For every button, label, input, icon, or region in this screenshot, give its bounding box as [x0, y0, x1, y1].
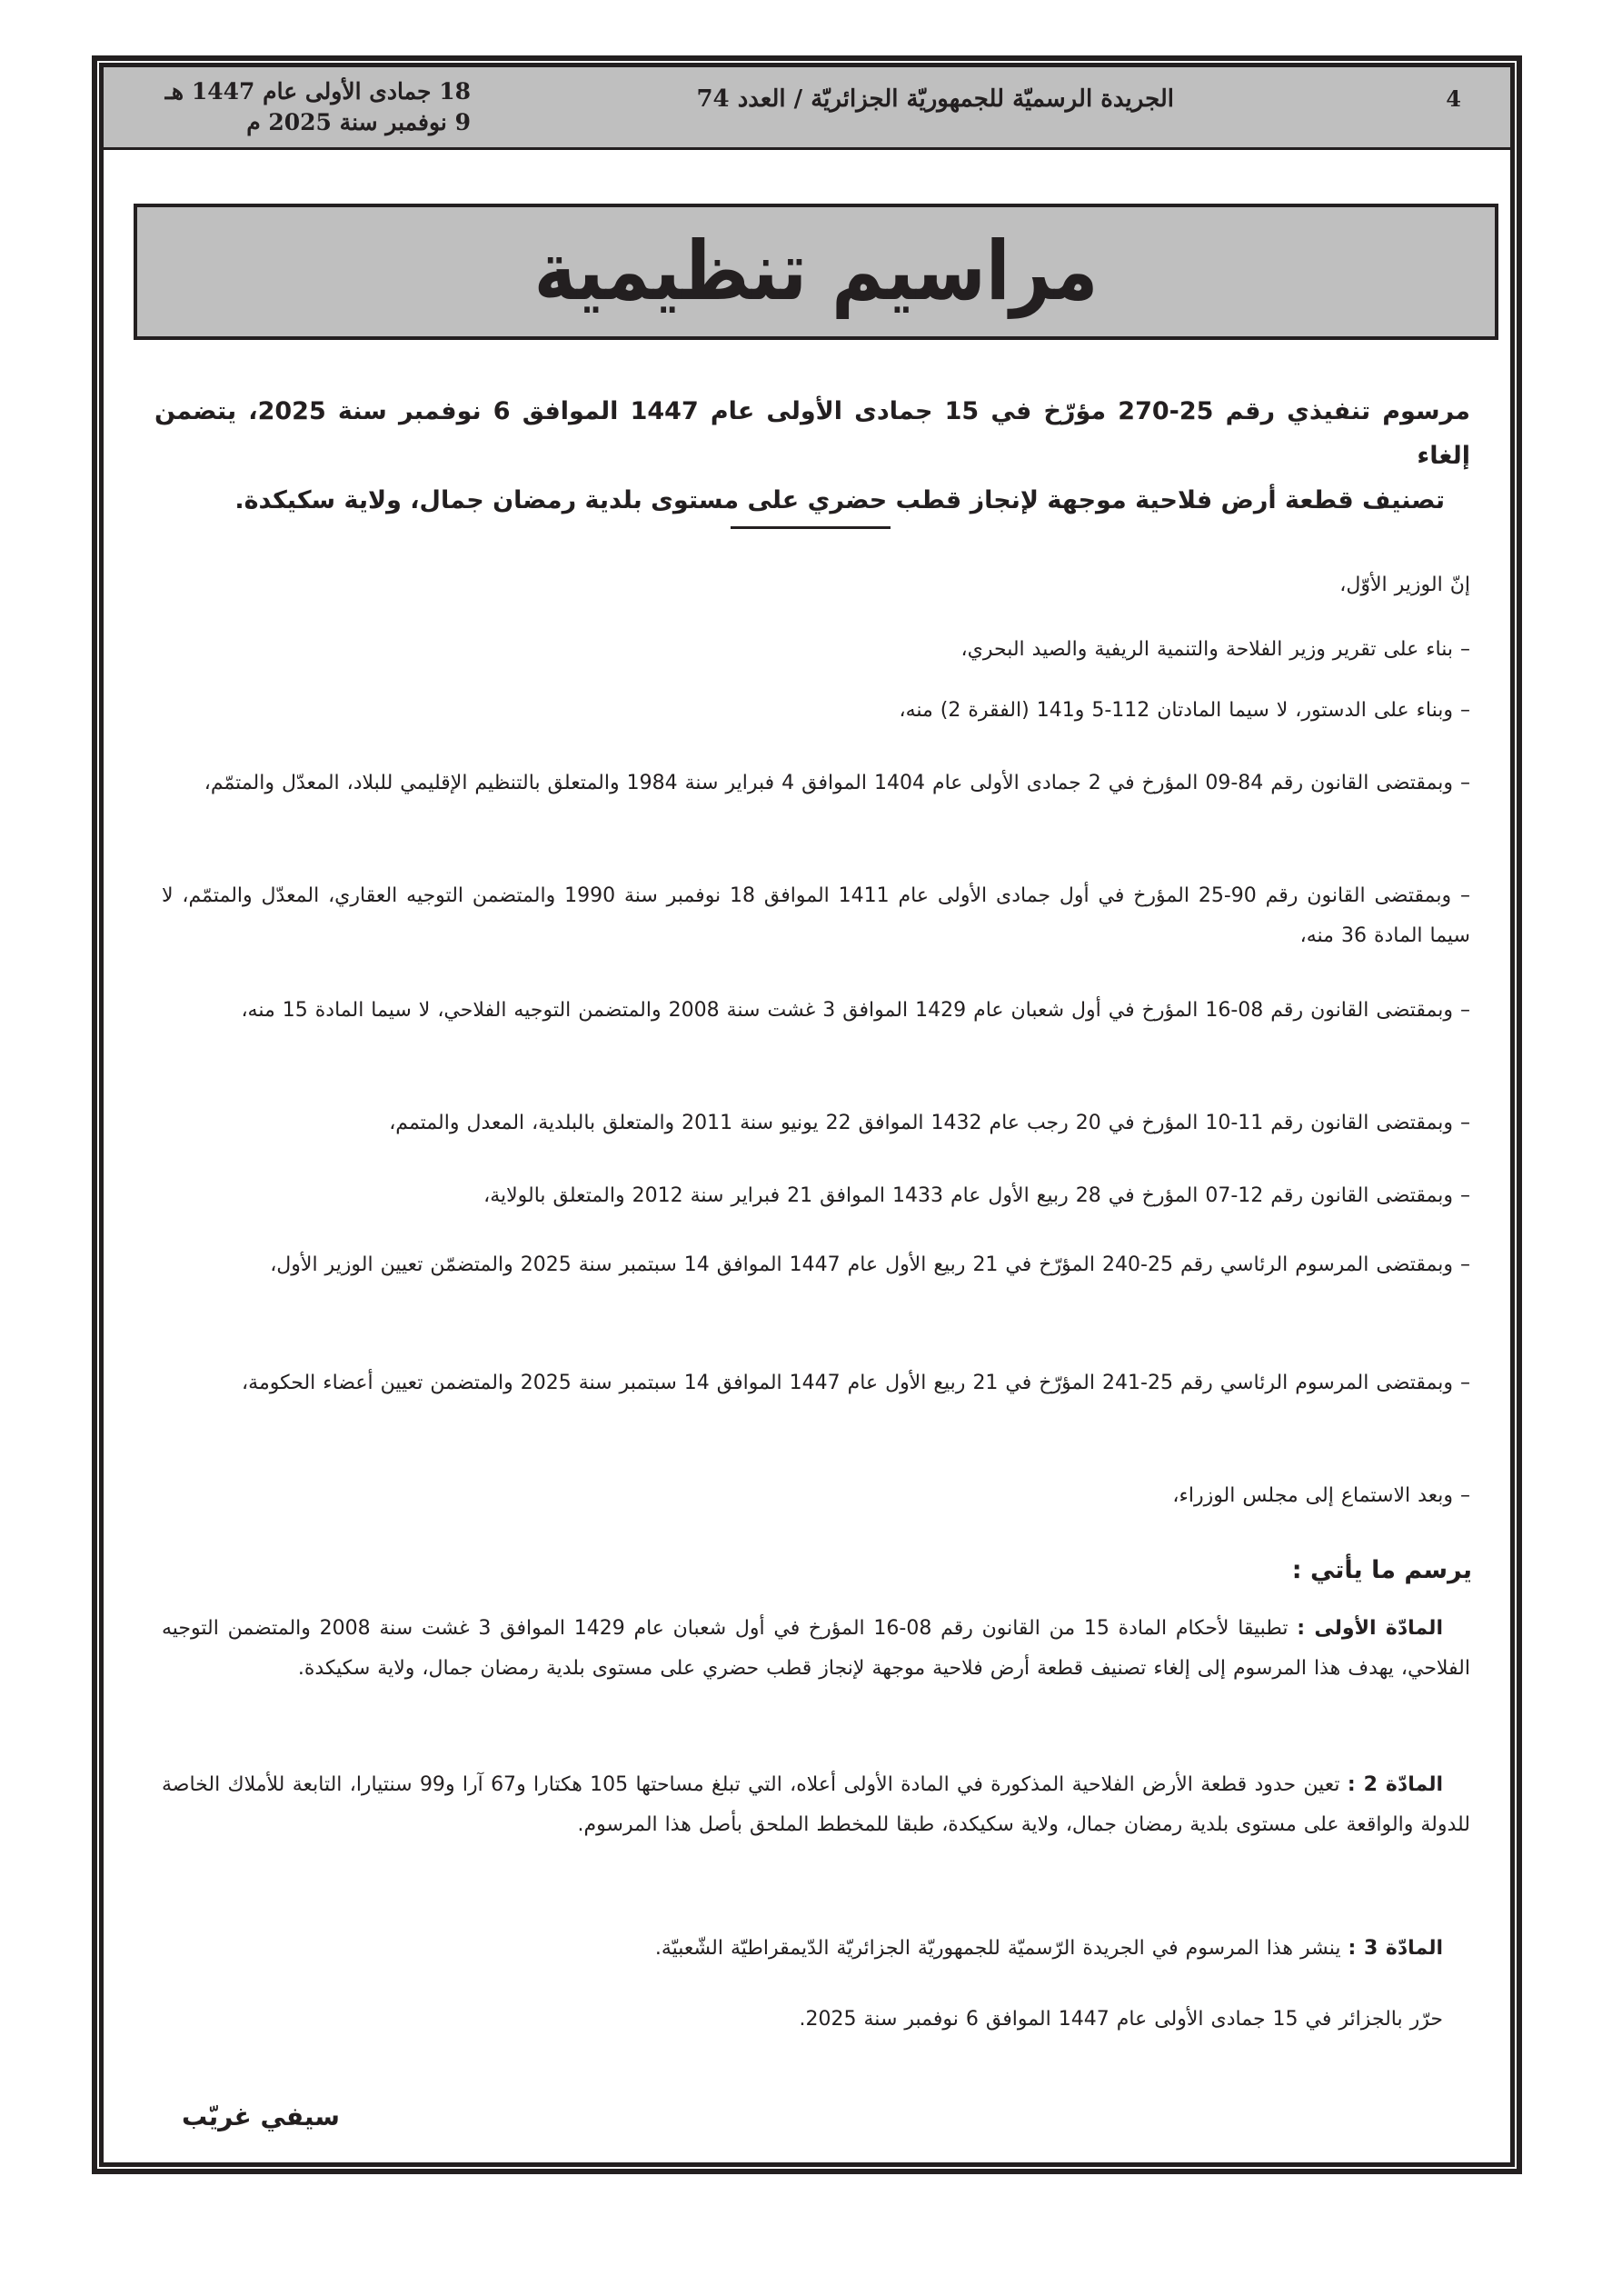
consideration-7: – وبمقتضى القانون رقم 12-07 المؤرخ في 28… [162, 1176, 1470, 1216]
decree-heading: مرسوم تنفيذي رقم 25-270 مؤرّخ في 15 جماد… [154, 389, 1470, 523]
consideration-10: – وبعد الاستماع إلى مجلس الوزراء، [162, 1476, 1470, 1516]
decree-heading-line-2: تصنيف قطعة أرض فلاحية موجهة لإنجاز قطب ح… [154, 478, 1470, 523]
article-2-label: المادّة 2 : [1348, 1773, 1443, 1796]
consideration-2: – وبناء على الدستور، لا سيما المادتان 11… [162, 691, 1470, 731]
consideration-9: – وبمقتضى المرسوم الرئاسي رقم 25-241 الم… [162, 1363, 1470, 1403]
consideration-8: – وبمقتضى المرسوم الرئاسي رقم 25-240 الم… [162, 1245, 1470, 1285]
consideration-3: – وبمقتضى القانون رقم 84-09 المؤرخ في 2 … [162, 764, 1470, 804]
article-1: المادّة الأولى : تطبيقا لأحكام المادة 15… [162, 1609, 1470, 1689]
date-hijri: 18 جمادى الأولى عام 1447 هـ [125, 76, 471, 107]
opening-statement: إنّ الوزير الأوّل، [162, 565, 1470, 605]
decrees-label: يرسم ما يأتي : [1292, 1556, 1472, 1584]
consideration-6: – وبمقتضى القانون رقم 11-10 المؤرخ في 20… [162, 1103, 1470, 1143]
journal-title: الجريدة الرسميّة للجمهوريّة الجزائريّة /… [696, 85, 1174, 113]
heading-divider [731, 526, 891, 529]
article-3: المادّة 3 : ينشر هذا المرسوم في الجريدة … [162, 1929, 1470, 1969]
date-gregorian: 9 نوفمبر سنة 2025 م [125, 107, 471, 138]
consideration-4: – وبمقتضى القانون رقم 90-25 المؤرخ في أو… [162, 876, 1470, 956]
running-header: 4 الجريدة الرسميّة للجمهوريّة الجزائريّة… [104, 67, 1510, 150]
signature: سيفي غريّب [182, 2101, 340, 2131]
issue-dates: 18 جمادى الأولى عام 1447 هـ 9 نوفمبر سنة… [125, 76, 471, 138]
section-title: مراسيم تنظيمية [534, 225, 1099, 319]
page-number: 4 [1446, 85, 1461, 112]
article-3-text: ينشر هذا المرسوم في الجريدة الرّسميّة لل… [655, 1937, 1348, 1960]
article-2-text: تعين حدود قطعة الأرض الفلاحية المذكورة ف… [162, 1773, 1470, 1836]
article-3-label: المادّة 3 : [1348, 1937, 1443, 1960]
article-2: المادّة 2 : تعين حدود قطعة الأرض الفلاحي… [162, 1765, 1470, 1845]
article-1-text: تطبيقا لأحكام المادة 15 من القانون رقم 0… [162, 1617, 1470, 1680]
consideration-5: – وبمقتضى القانون رقم 08-16 المؤرخ في أو… [162, 991, 1470, 1031]
consideration-1: – بناء على تقرير وزير الفلاحة والتنمية ا… [162, 630, 1470, 670]
article-1-label: المادّة الأولى : [1297, 1617, 1443, 1640]
section-banner: مراسيم تنظيمية [134, 204, 1498, 340]
closing-statement: حرّر بالجزائر في 15 جمادى الأولى عام 144… [162, 2000, 1470, 2040]
decree-heading-line-1: مرسوم تنفيذي رقم 25-270 مؤرّخ في 15 جماد… [154, 397, 1470, 470]
